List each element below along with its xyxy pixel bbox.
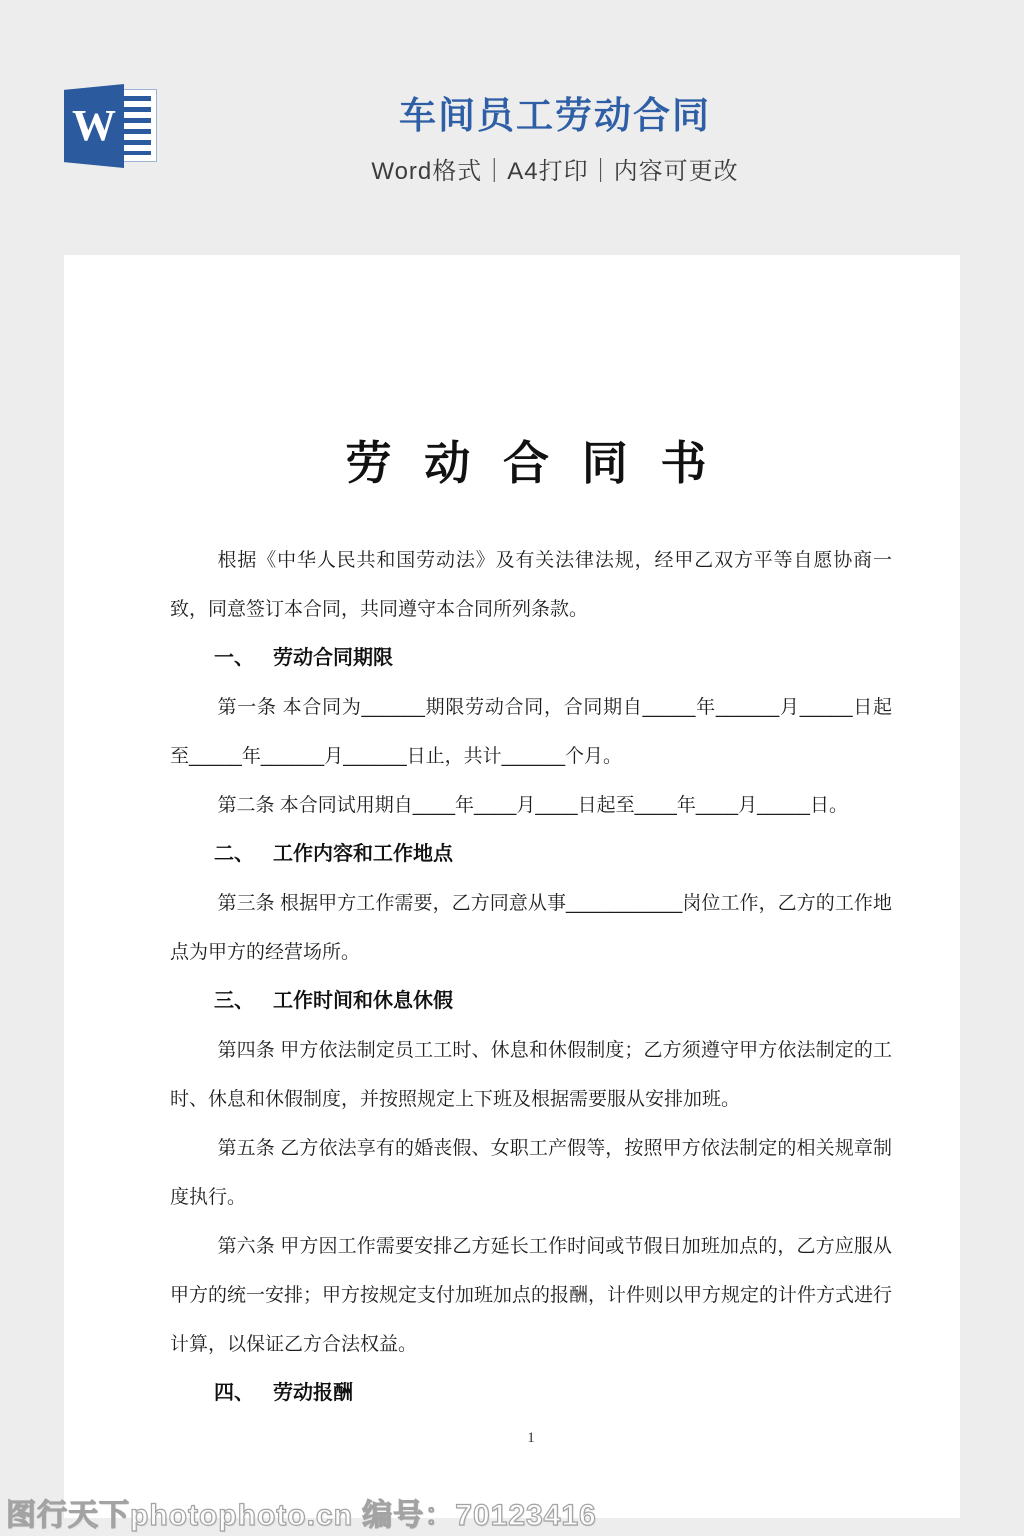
section-label-1: 劳动合同期限 (273, 647, 393, 669)
section-heading-1: 一、劳动合同期限 (170, 634, 892, 683)
clause-paragraph-6: 第六条 甲方因工作需要安排乙方延长工作时间或节假日加班加点的，乙方应服从甲方的统… (170, 1222, 892, 1369)
clause-paragraph-5: 第五条 乙方依法享有的婚丧假、女职工产假等，按照甲方依法制定的相关规章制度执行。 (170, 1124, 892, 1222)
section-heading-2: 二、工作内容和工作地点 (170, 830, 892, 879)
section-number-4: 四、 (214, 1382, 254, 1404)
template-header: W 车间员工劳动合同 Word格式｜A4打印｜内容可更改 (0, 0, 1024, 255)
section-heading-4: 四、劳动报酬 (170, 1369, 892, 1418)
site-watermark: 图行天下photophoto.cn 编号：70123416 (6, 1490, 597, 1534)
section-number-3: 三、 (214, 990, 254, 1012)
clause-paragraph-3: 第三条 根据甲方工作需要，乙方同意从事___________岗位工作，乙方的工作… (170, 879, 892, 977)
clause-paragraph-2: 第二条 本合同试用期自____年____月____日起至____年____月__… (170, 781, 892, 830)
section-label-4: 劳动报酬 (273, 1382, 353, 1404)
section-label-3: 工作时间和休息休假 (273, 990, 453, 1012)
clause-paragraph-4: 第四条 甲方依法制定员工工时、休息和休假制度；乙方须遵守甲方依法制定的工时、休息… (170, 1026, 892, 1124)
contract-intro-paragraph: 根据《中华人民共和国劳动法》及有关法律法规，经甲乙双方平等自愿协商一致，同意签订… (170, 536, 892, 634)
header-text: 车间员工劳动合同 Word格式｜A4打印｜内容可更改 (0, 94, 1024, 186)
template-subtitle: Word格式｜A4打印｜内容可更改 (86, 151, 1024, 186)
template-title: 车间员工劳动合同 (86, 94, 1024, 138)
page-number: 1 (170, 1430, 892, 1447)
contract-page: 劳 动 合 同 书 根据《中华人民共和国劳动法》及有关法律法规，经甲乙双方平等自… (64, 255, 960, 1518)
section-heading-3: 三、工作时间和休息休假 (170, 977, 892, 1026)
section-number-2: 二、 (214, 843, 254, 865)
contract-title: 劳 动 合 同 书 (170, 430, 892, 496)
clause-paragraph-1: 第一条 本合同为______期限劳动合同，合同期自_____年______月__… (170, 683, 892, 781)
section-number-1: 一、 (214, 647, 254, 669)
section-label-2: 工作内容和工作地点 (273, 843, 453, 865)
